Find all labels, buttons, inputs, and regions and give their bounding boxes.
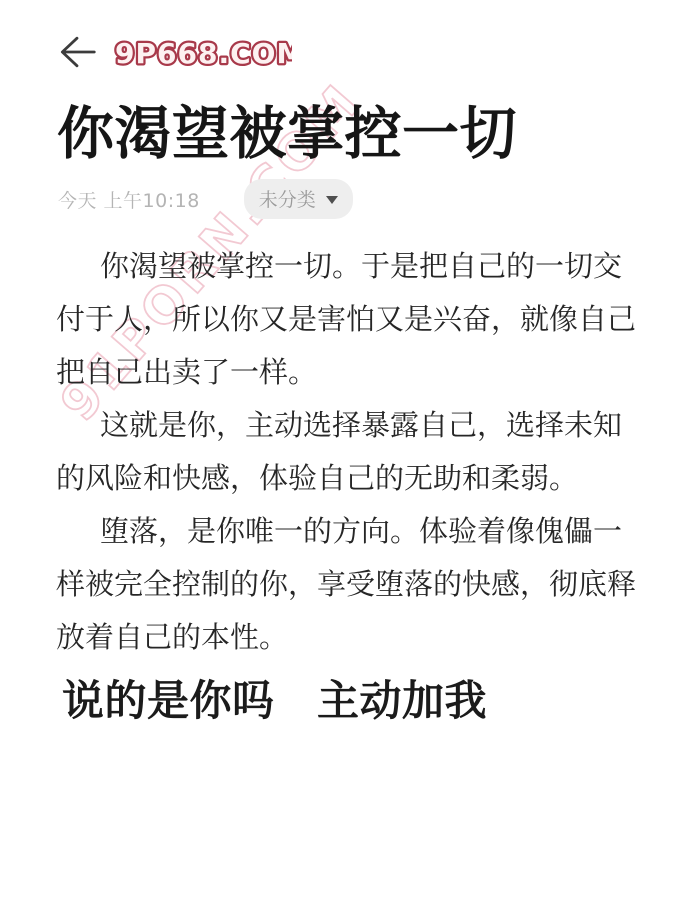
site-watermark: 9P668.COM — [112, 28, 292, 76]
note-paragraph: 这就是你，主动选择暴露自己，选择未知 的风险和快感，体验自己的无助和柔弱。 — [56, 399, 670, 505]
top-bar: 9P668.COM — [56, 28, 292, 76]
text-line: 堕落，是你唯一的方向。体验着像傀儡一 — [56, 505, 670, 558]
text-line: 放着自己的本性。 — [56, 611, 670, 664]
back-button[interactable] — [56, 32, 100, 72]
text-line: 你渴望被掌控一切。于是把自己的一切交 — [56, 240, 670, 293]
text-line: 付于人，所以你又是害怕又是兴奋，就像自己 — [56, 293, 670, 346]
note-timestamp: 今天 上午10:18 — [58, 186, 200, 213]
text-line: 的风险和快感，体验自己的无助和柔弱。 — [56, 452, 670, 505]
text-line: 把自己出卖了一样。 — [56, 346, 670, 399]
category-label: 未分类 — [259, 185, 316, 212]
note-title[interactable]: 你渴望被掌控一切 — [57, 100, 517, 168]
note-content[interactable]: 你渴望被掌控一切。于是把自己的一切交 付于人，所以你又是害怕又是兴奋，就像自己 … — [56, 240, 670, 664]
back-arrow-icon — [56, 33, 98, 71]
site-watermark-text: 9P668.COM — [115, 37, 292, 70]
text-line: 这就是你，主动选择暴露自己，选择未知 — [56, 399, 670, 452]
note-meta-row: 今天 上午10:18 未分类 — [58, 180, 353, 218]
cta-line[interactable]: 说的是你吗 主动加我 — [62, 673, 487, 729]
category-pill[interactable]: 未分类 — [244, 179, 353, 219]
note-paragraph: 堕落，是你唯一的方向。体验着像傀儡一 样被完全控制的你，享受堕落的快感，彻底释 … — [56, 505, 670, 664]
chevron-down-icon — [326, 196, 338, 204]
notes-app-screen: 91PORN.COM 9P668.COM 你渴望被掌控一切 今天 上午10:18… — [0, 0, 700, 906]
text-line: 样被完全控制的你，享受堕落的快感，彻底释 — [56, 558, 670, 611]
note-paragraph: 你渴望被掌控一切。于是把自己的一切交 付于人，所以你又是害怕又是兴奋，就像自己 … — [56, 240, 670, 399]
